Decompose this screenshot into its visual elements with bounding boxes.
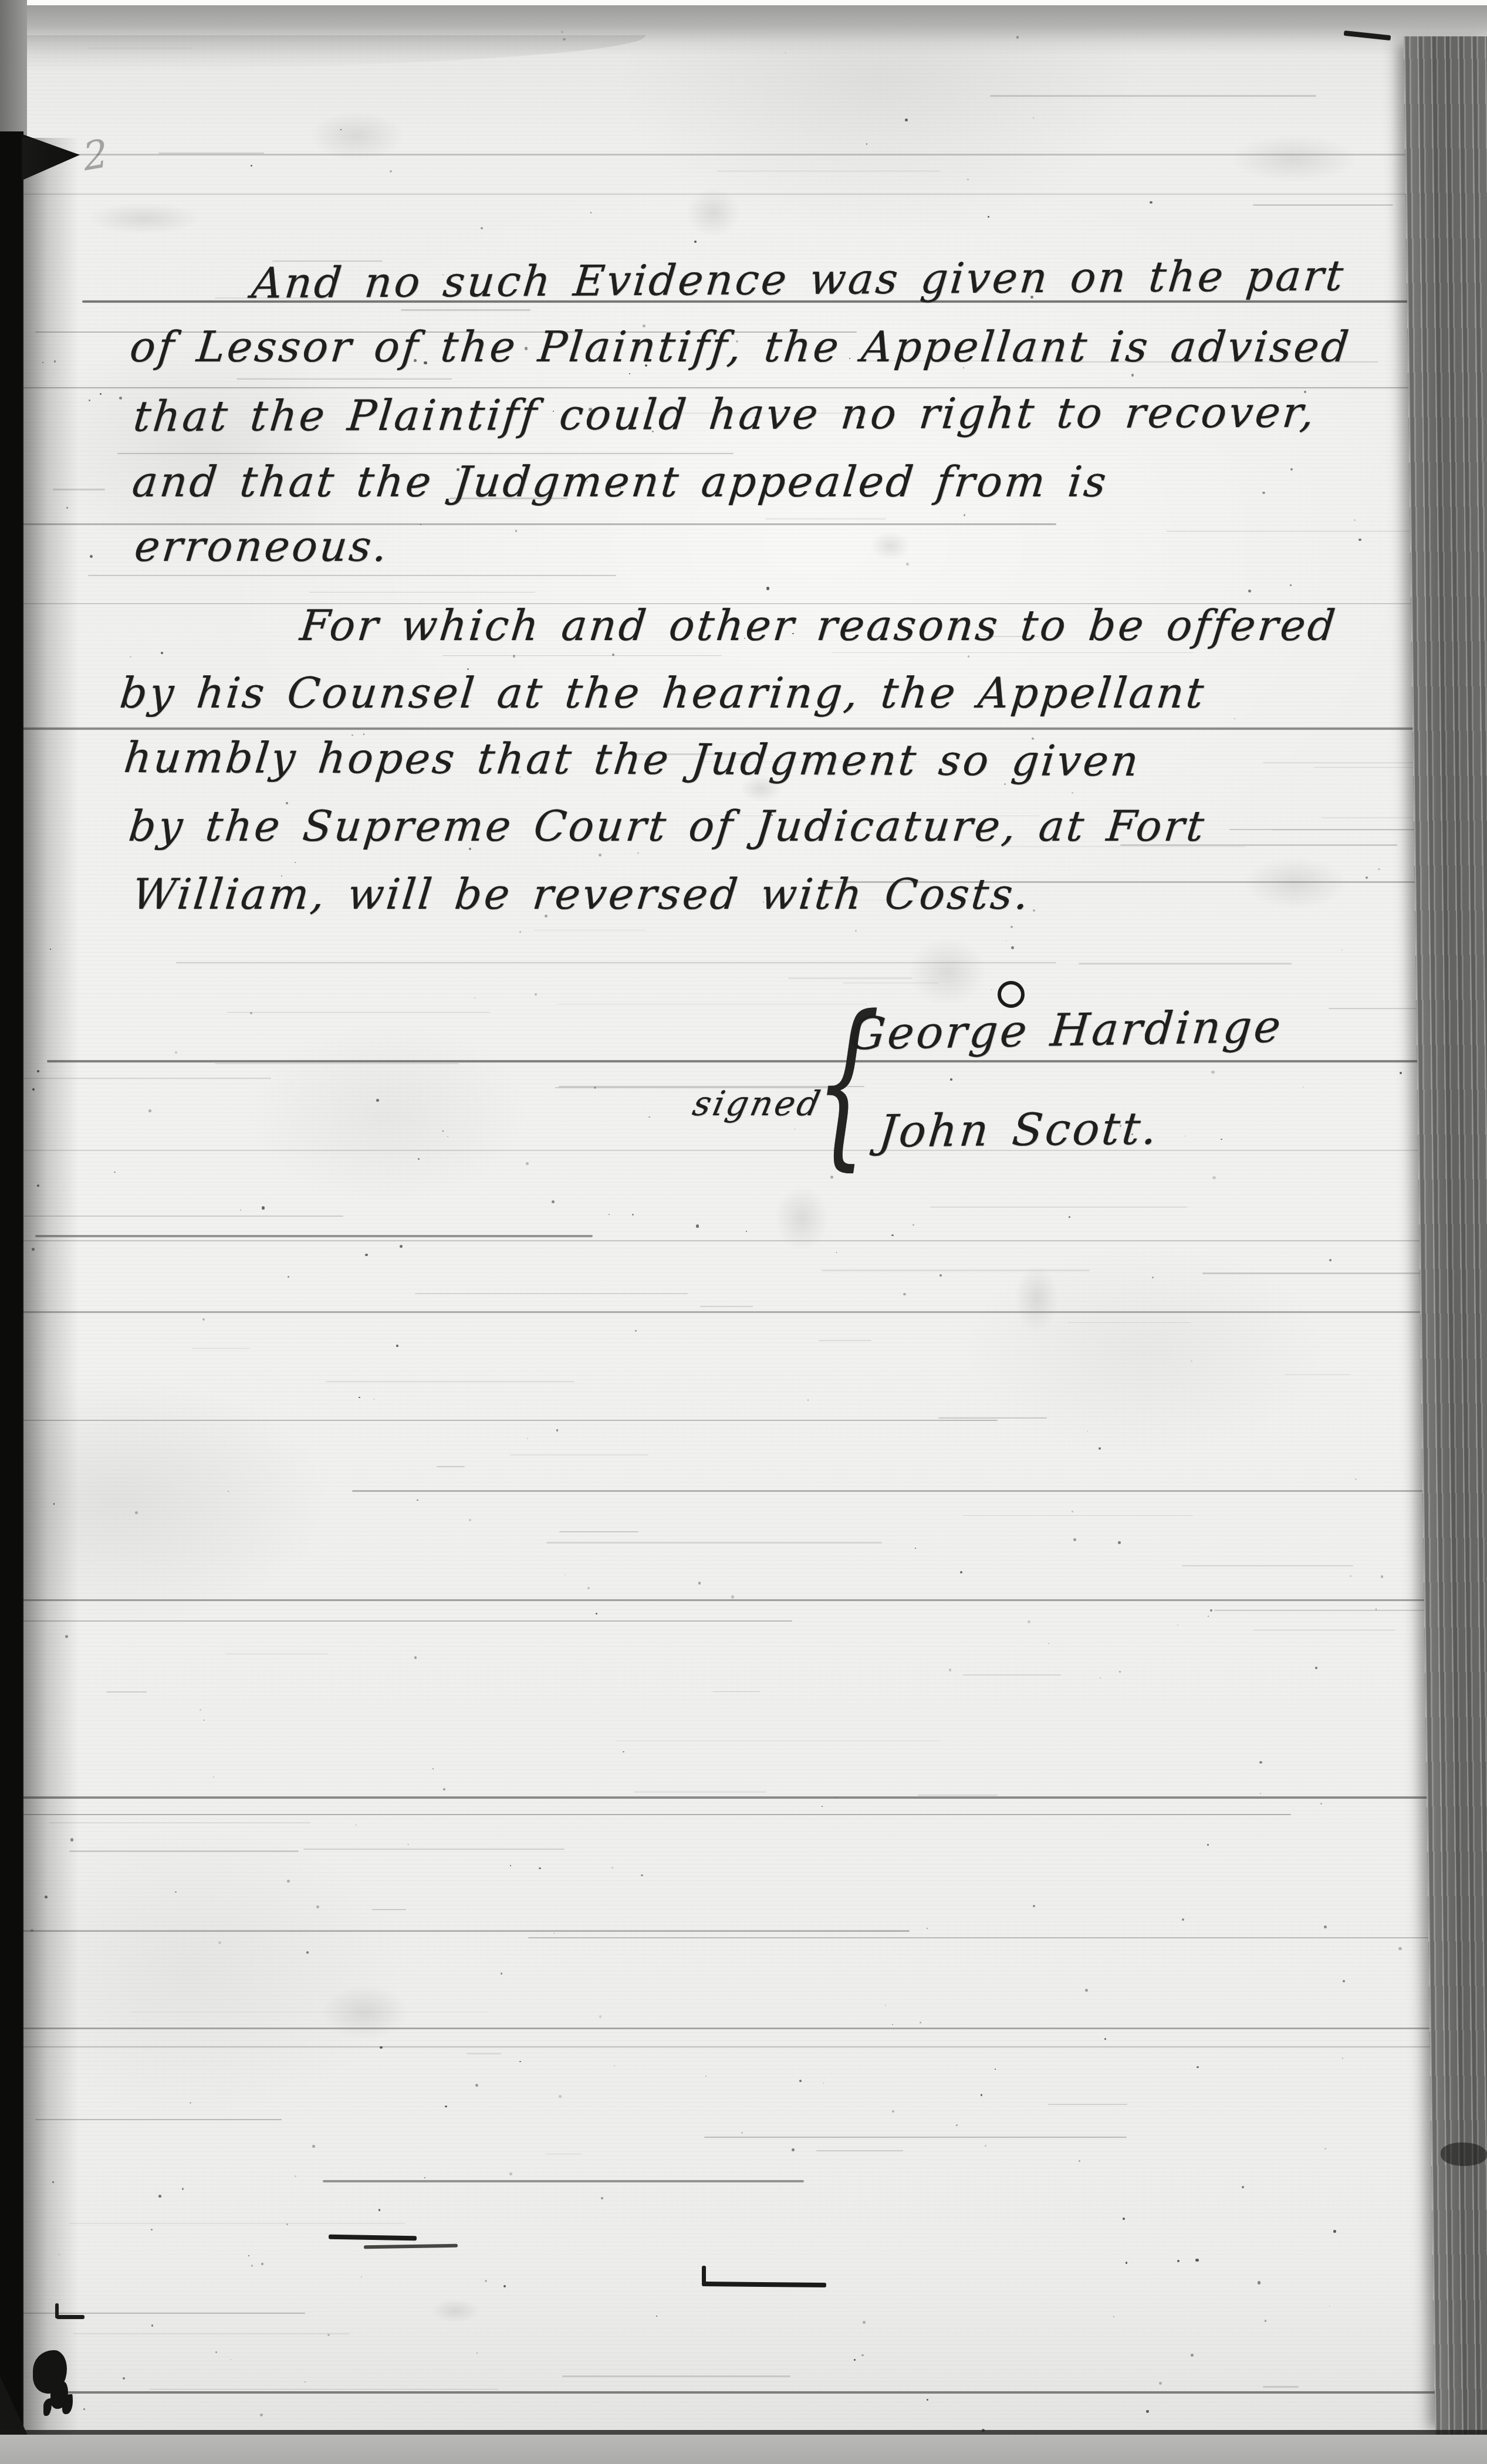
flourish-loop (998, 981, 1025, 1008)
scanned-page: And no such Evidence was given on the pa… (0, 0, 1487, 2464)
ink-mark (329, 2235, 417, 2241)
ink-blot (33, 2350, 67, 2394)
ink-mark (702, 2266, 706, 2283)
ink-mark (1344, 31, 1391, 40)
ink-mark (56, 2315, 85, 2319)
ink-mark (364, 2244, 458, 2249)
ink-marks (0, 0, 1487, 2464)
ink-mark (55, 2303, 59, 2319)
ink-mark (702, 2282, 826, 2287)
